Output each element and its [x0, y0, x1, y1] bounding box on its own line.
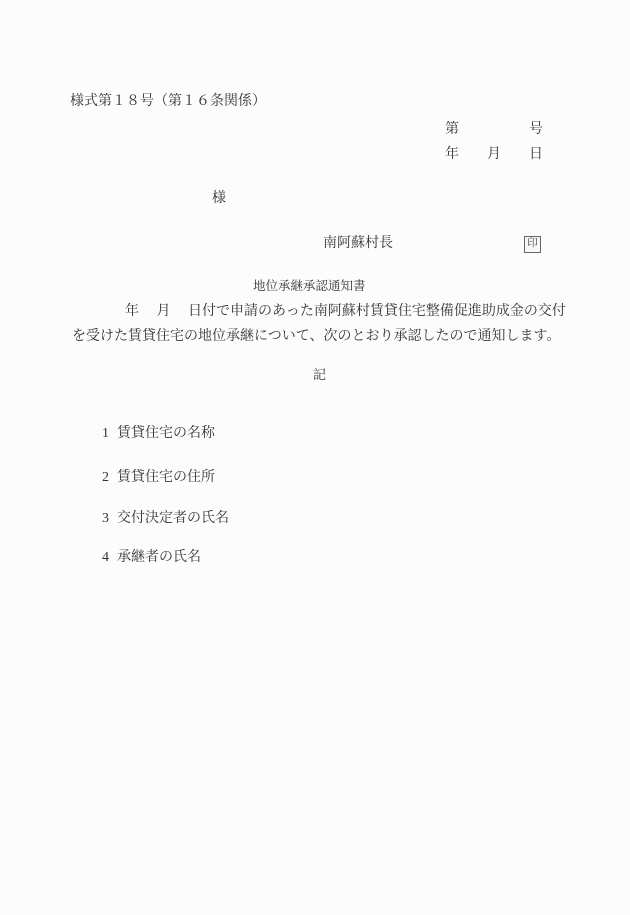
addressee-honorific: 様: [212, 192, 226, 206]
seal-mark-label: 印: [527, 239, 538, 250]
sender-name: 南阿蘇村長: [323, 237, 393, 251]
item-label: 賃貸住宅の住所: [117, 470, 215, 485]
item-label: 交付決定者の氏名: [117, 511, 229, 526]
list-item: 4承継者の氏名: [88, 537, 201, 579]
list-item: 3交付決定者の氏名: [88, 498, 229, 540]
item-label: 承継者の氏名: [117, 550, 201, 565]
document-page: 様式第１８号（第１６条関係） 第 号 年 月 日 様 南阿蘇村長 印 地位承継承…: [0, 0, 630, 915]
item-number: 4: [102, 551, 117, 565]
form-number: 様式第１８号（第１６条関係）: [70, 95, 266, 109]
item-number: 2: [102, 471, 117, 485]
seal-mark-icon: 印: [524, 236, 541, 253]
body-paragraph-line-2: を受けた賃貸住宅の地位承継について、次のとおり承認したので通知します。: [72, 330, 560, 344]
document-title: 地位承継承認通知書: [253, 280, 366, 293]
body-paragraph-line-1: 年 月 日付で申請のあった南阿蘇村賃貸住宅整備促進助成金の交付: [125, 305, 566, 319]
item-number: 1: [102, 427, 117, 441]
ki-marker: 記: [313, 368, 326, 381]
item-label: 賃貸住宅の名称: [117, 426, 215, 441]
date-line: 年 月 日: [445, 148, 543, 162]
document-number-line: 第 号: [445, 123, 543, 137]
list-item: 1賃貸住宅の名称: [88, 413, 215, 455]
item-number: 3: [102, 512, 117, 526]
list-item: 2賃貸住宅の住所: [88, 457, 215, 499]
